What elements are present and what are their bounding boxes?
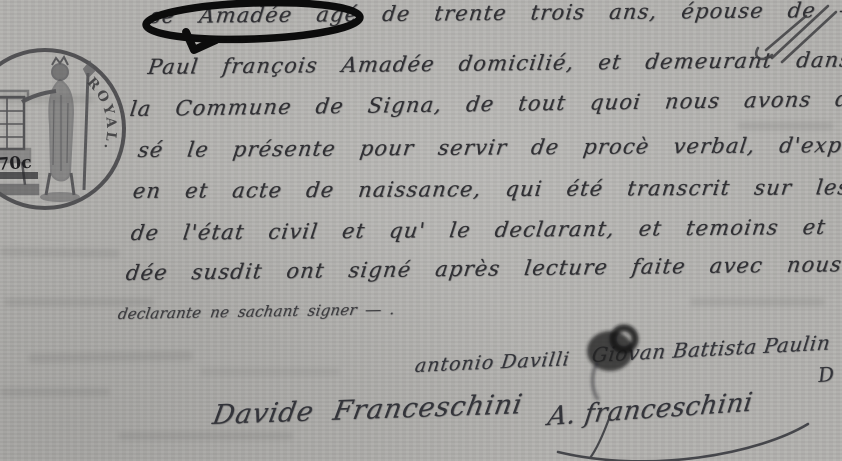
bleedthrough-smudge <box>0 247 120 258</box>
bleedthrough-smudge <box>28 351 193 364</box>
signature-edge-fragment: D <box>817 362 835 387</box>
seal-outer-ring <box>0 50 124 208</box>
signature-davide-franceschini: Davide Franceschini <box>210 389 525 431</box>
bleedthrough-smudge <box>690 298 825 306</box>
seal-base-band <box>0 172 38 179</box>
seal-standing-figure <box>22 57 94 201</box>
manuscript-line-4: sé le présente pour servir de procè verb… <box>136 132 842 162</box>
document-page: ROYAL. 70c se Amadée agé de trente trois… <box>0 0 842 461</box>
bleedthrough-smudge <box>738 122 833 130</box>
signature-a-franceschini: A. franceschini <box>546 388 755 433</box>
manuscript-line-7: dée susdit ont signé après lecture faite… <box>124 251 842 285</box>
svg-text:ROYAL.: ROYAL. <box>84 74 120 154</box>
manuscript-line-3: la Commune de Signa, de tout quoi nous a… <box>128 86 842 121</box>
seal-denomination-text: 70c <box>0 153 32 175</box>
manuscript-line-2: Paul françois Amadée domicilié, et demeu… <box>146 48 842 79</box>
manuscript-line-6: de l'état civil et qu' le declarant, et … <box>129 214 842 245</box>
manuscript-line-8: declarante ne sachant signer ― . <box>117 300 397 323</box>
royal-revenue-stamp-seal: ROYAL. 70c <box>0 45 132 215</box>
bleedthrough-smudge <box>118 432 293 440</box>
manuscript-line-5: en et acte de naissance, qui été transcr… <box>132 175 842 203</box>
manuscript-line-1: se Amadée agé de trente trois ans, épous… <box>149 0 842 28</box>
signature-giovan-battista: Giovan Battista Paulin <box>591 330 832 367</box>
bleedthrough-smudge <box>200 368 340 376</box>
bleedthrough-smudge <box>0 95 95 103</box>
bleedthrough-smudge <box>0 388 110 396</box>
seal-royal-text: ROYAL. <box>84 74 120 154</box>
signature-antonio-davilli: antonio Davilli <box>414 348 572 377</box>
seal-tablet-pedestal <box>0 91 38 194</box>
